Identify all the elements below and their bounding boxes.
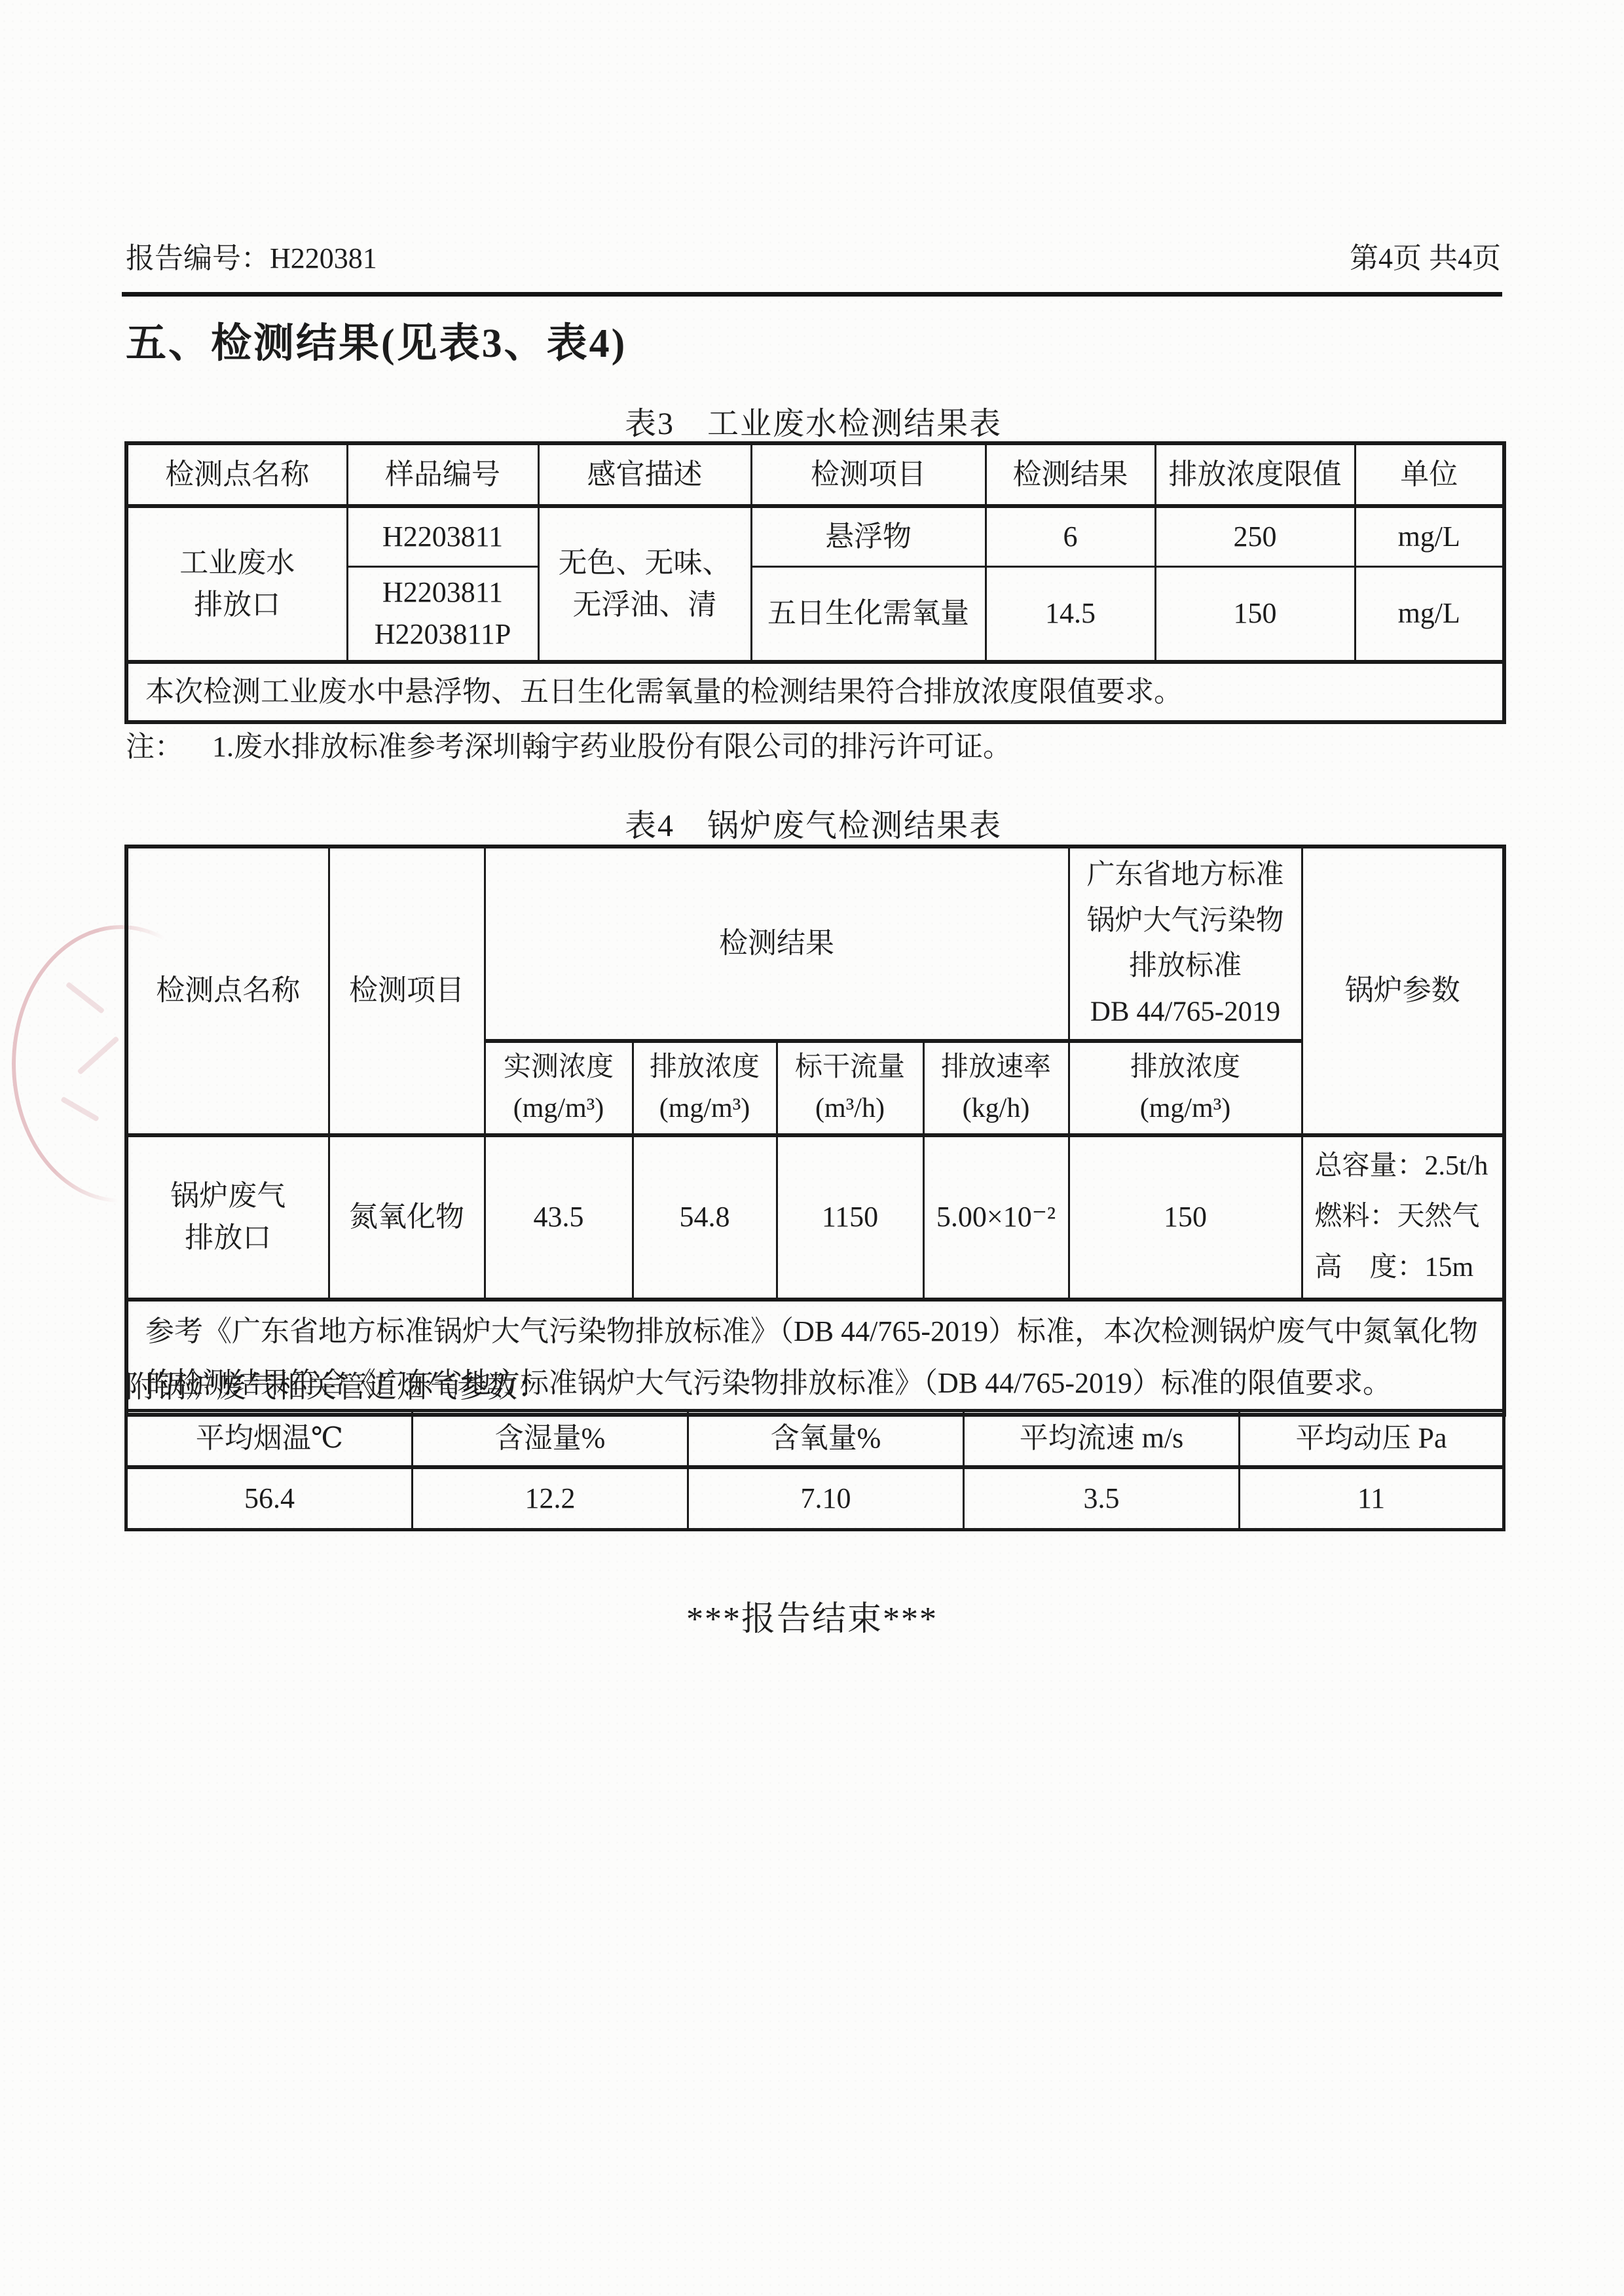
flue-header-temp: 平均烟温℃ — [126, 1411, 413, 1467]
flue-value-velocity: 3.5 — [964, 1467, 1240, 1530]
table4-subheader-limit: 排放浓度 (mg/m³) — [1069, 1041, 1302, 1135]
table3-note: 注： 1.废水排放标准参考深圳翰宇药业股份有限公司的排污许可证。 — [126, 723, 1012, 765]
flue-header-oxygen: 含氧量% — [688, 1411, 964, 1467]
table3-header-site: 检测点名称 — [126, 443, 347, 506]
table3-sample-cell: H2203811 — [347, 506, 538, 566]
report-number: 报告编号：H220381 — [126, 234, 377, 276]
table4-emission-cell: 54.8 — [633, 1135, 777, 1300]
table3-caption: 表3 工业废水检测结果表 — [124, 398, 1502, 443]
flue-value-moisture: 12.2 — [413, 1467, 688, 1530]
table3-conclusion: 本次检测工业废水中悬浮物、五日生化需氧量的检测结果符合排放浓度限值要求。 — [126, 662, 1504, 722]
table3-sensory-cell: 无色、无味、 无浮油、清 — [538, 506, 751, 662]
header-divider-line — [122, 292, 1502, 297]
table3-item-cell: 悬浮物 — [751, 506, 986, 566]
table3-item-cell: 五日生化需氧量 — [751, 566, 986, 662]
table3-wastewater-results: 检测点名称 样品编号 感官描述 检测项目 检测结果 排放浓度限值 单位 工业废水… — [124, 441, 1506, 724]
table4-subheader-flow: 标干流量 (m³/h) — [777, 1041, 923, 1135]
table-row: 56.4 12.2 7.10 3.5 11 — [126, 1467, 1504, 1530]
flue-value-temp: 56.4 — [126, 1467, 413, 1530]
flue-header-velocity: 平均流速 m/s — [964, 1411, 1240, 1467]
table3-header-limit: 排放浓度限值 — [1155, 443, 1355, 506]
table4-header-results: 检测结果 — [485, 847, 1069, 1041]
table4-subheader-measured: 实测浓度 (mg/m³) — [485, 1041, 633, 1135]
table4-rate-cell: 5.00×10⁻² — [923, 1135, 1069, 1300]
table3-unit-cell: mg/L — [1355, 566, 1504, 662]
table3-header-sample: 样品编号 — [347, 443, 538, 506]
table4-header-item: 检测项目 — [329, 847, 485, 1135]
flue-value-oxygen: 7.10 — [688, 1467, 964, 1530]
table4-limit-cell: 150 — [1069, 1135, 1302, 1300]
table4-subheader-emission: 排放浓度 (mg/m³) — [633, 1041, 777, 1135]
table4-measured-cell: 43.5 — [485, 1135, 633, 1300]
table4-site-cell: 锅炉废气 排放口 — [126, 1135, 329, 1300]
table4-header-site: 检测点名称 — [126, 847, 329, 1135]
page-header: 报告编号：H220381 第4页 共4页 — [126, 234, 1501, 276]
table4-header-params: 锅炉参数 — [1302, 847, 1504, 1135]
table-row: 工业废水 排放口 H2203811 无色、无味、 无浮油、清 悬浮物 6 250… — [126, 506, 1504, 566]
table4-item-cell: 氮氧化物 — [329, 1135, 485, 1300]
table3-result-cell: 6 — [986, 506, 1155, 566]
section-title: 五、检测结果(见表3、表4) — [126, 310, 627, 369]
table3-result-cell: 14.5 — [986, 566, 1155, 662]
table4-boiler-params-cell: 总容量：2.5t/h 燃料：天然气 高 度：15m — [1302, 1135, 1504, 1300]
flue-value-pressure: 11 — [1240, 1467, 1504, 1530]
scanned-report-page: 报告编号：H220381 第4页 共4页 五、检测结果(见表3、表4) 表3 工… — [0, 0, 1624, 2296]
table-row: 本次检测工业废水中悬浮物、五日生化需氧量的检测结果符合排放浓度限值要求。 — [126, 662, 1504, 722]
table4-caption: 表4 锅炉废气检测结果表 — [124, 800, 1502, 845]
page-indicator: 第4页 共4页 — [1350, 234, 1501, 276]
table3-limit-cell: 150 — [1155, 566, 1355, 662]
table4-flow-cell: 1150 — [777, 1135, 923, 1300]
table4-boiler-gas-results: 检测点名称 检测项目 检测结果 广东省地方标准 锅炉大气污染物 排放标准 DB … — [124, 845, 1506, 1417]
table3-header-sensory: 感官描述 — [538, 443, 751, 506]
table3-site-cell: 工业废水 排放口 — [126, 506, 347, 662]
flue-table-label: 附锅炉废气相关管道烟气参数： — [126, 1363, 547, 1406]
flue-header-pressure: 平均动压 Pa — [1240, 1411, 1504, 1467]
flue-header-moisture: 含湿量% — [413, 1411, 688, 1467]
end-of-report-marker: ***报告结束*** — [0, 1591, 1624, 1640]
table3-header-item: 检测项目 — [751, 443, 986, 506]
table4-subheader-rate: 排放速率 (kg/h) — [923, 1041, 1069, 1135]
table-flue-gas-params: 平均烟温℃ 含湿量% 含氧量% 平均流速 m/s 平均动压 Pa 56.4 12… — [124, 1409, 1505, 1531]
table3-header-result: 检测结果 — [986, 443, 1155, 506]
table3-unit-cell: mg/L — [1355, 506, 1504, 566]
table-row: 锅炉废气 排放口 氮氧化物 43.5 54.8 1150 5.00×10⁻² 1… — [126, 1135, 1504, 1300]
table3-sample-cell: H2203811 H2203811P — [347, 566, 538, 662]
table3-header-unit: 单位 — [1355, 443, 1504, 506]
table4-header-standard: 广东省地方标准 锅炉大气污染物 排放标准 DB 44/765-2019 — [1069, 847, 1302, 1041]
table3-limit-cell: 250 — [1155, 506, 1355, 566]
